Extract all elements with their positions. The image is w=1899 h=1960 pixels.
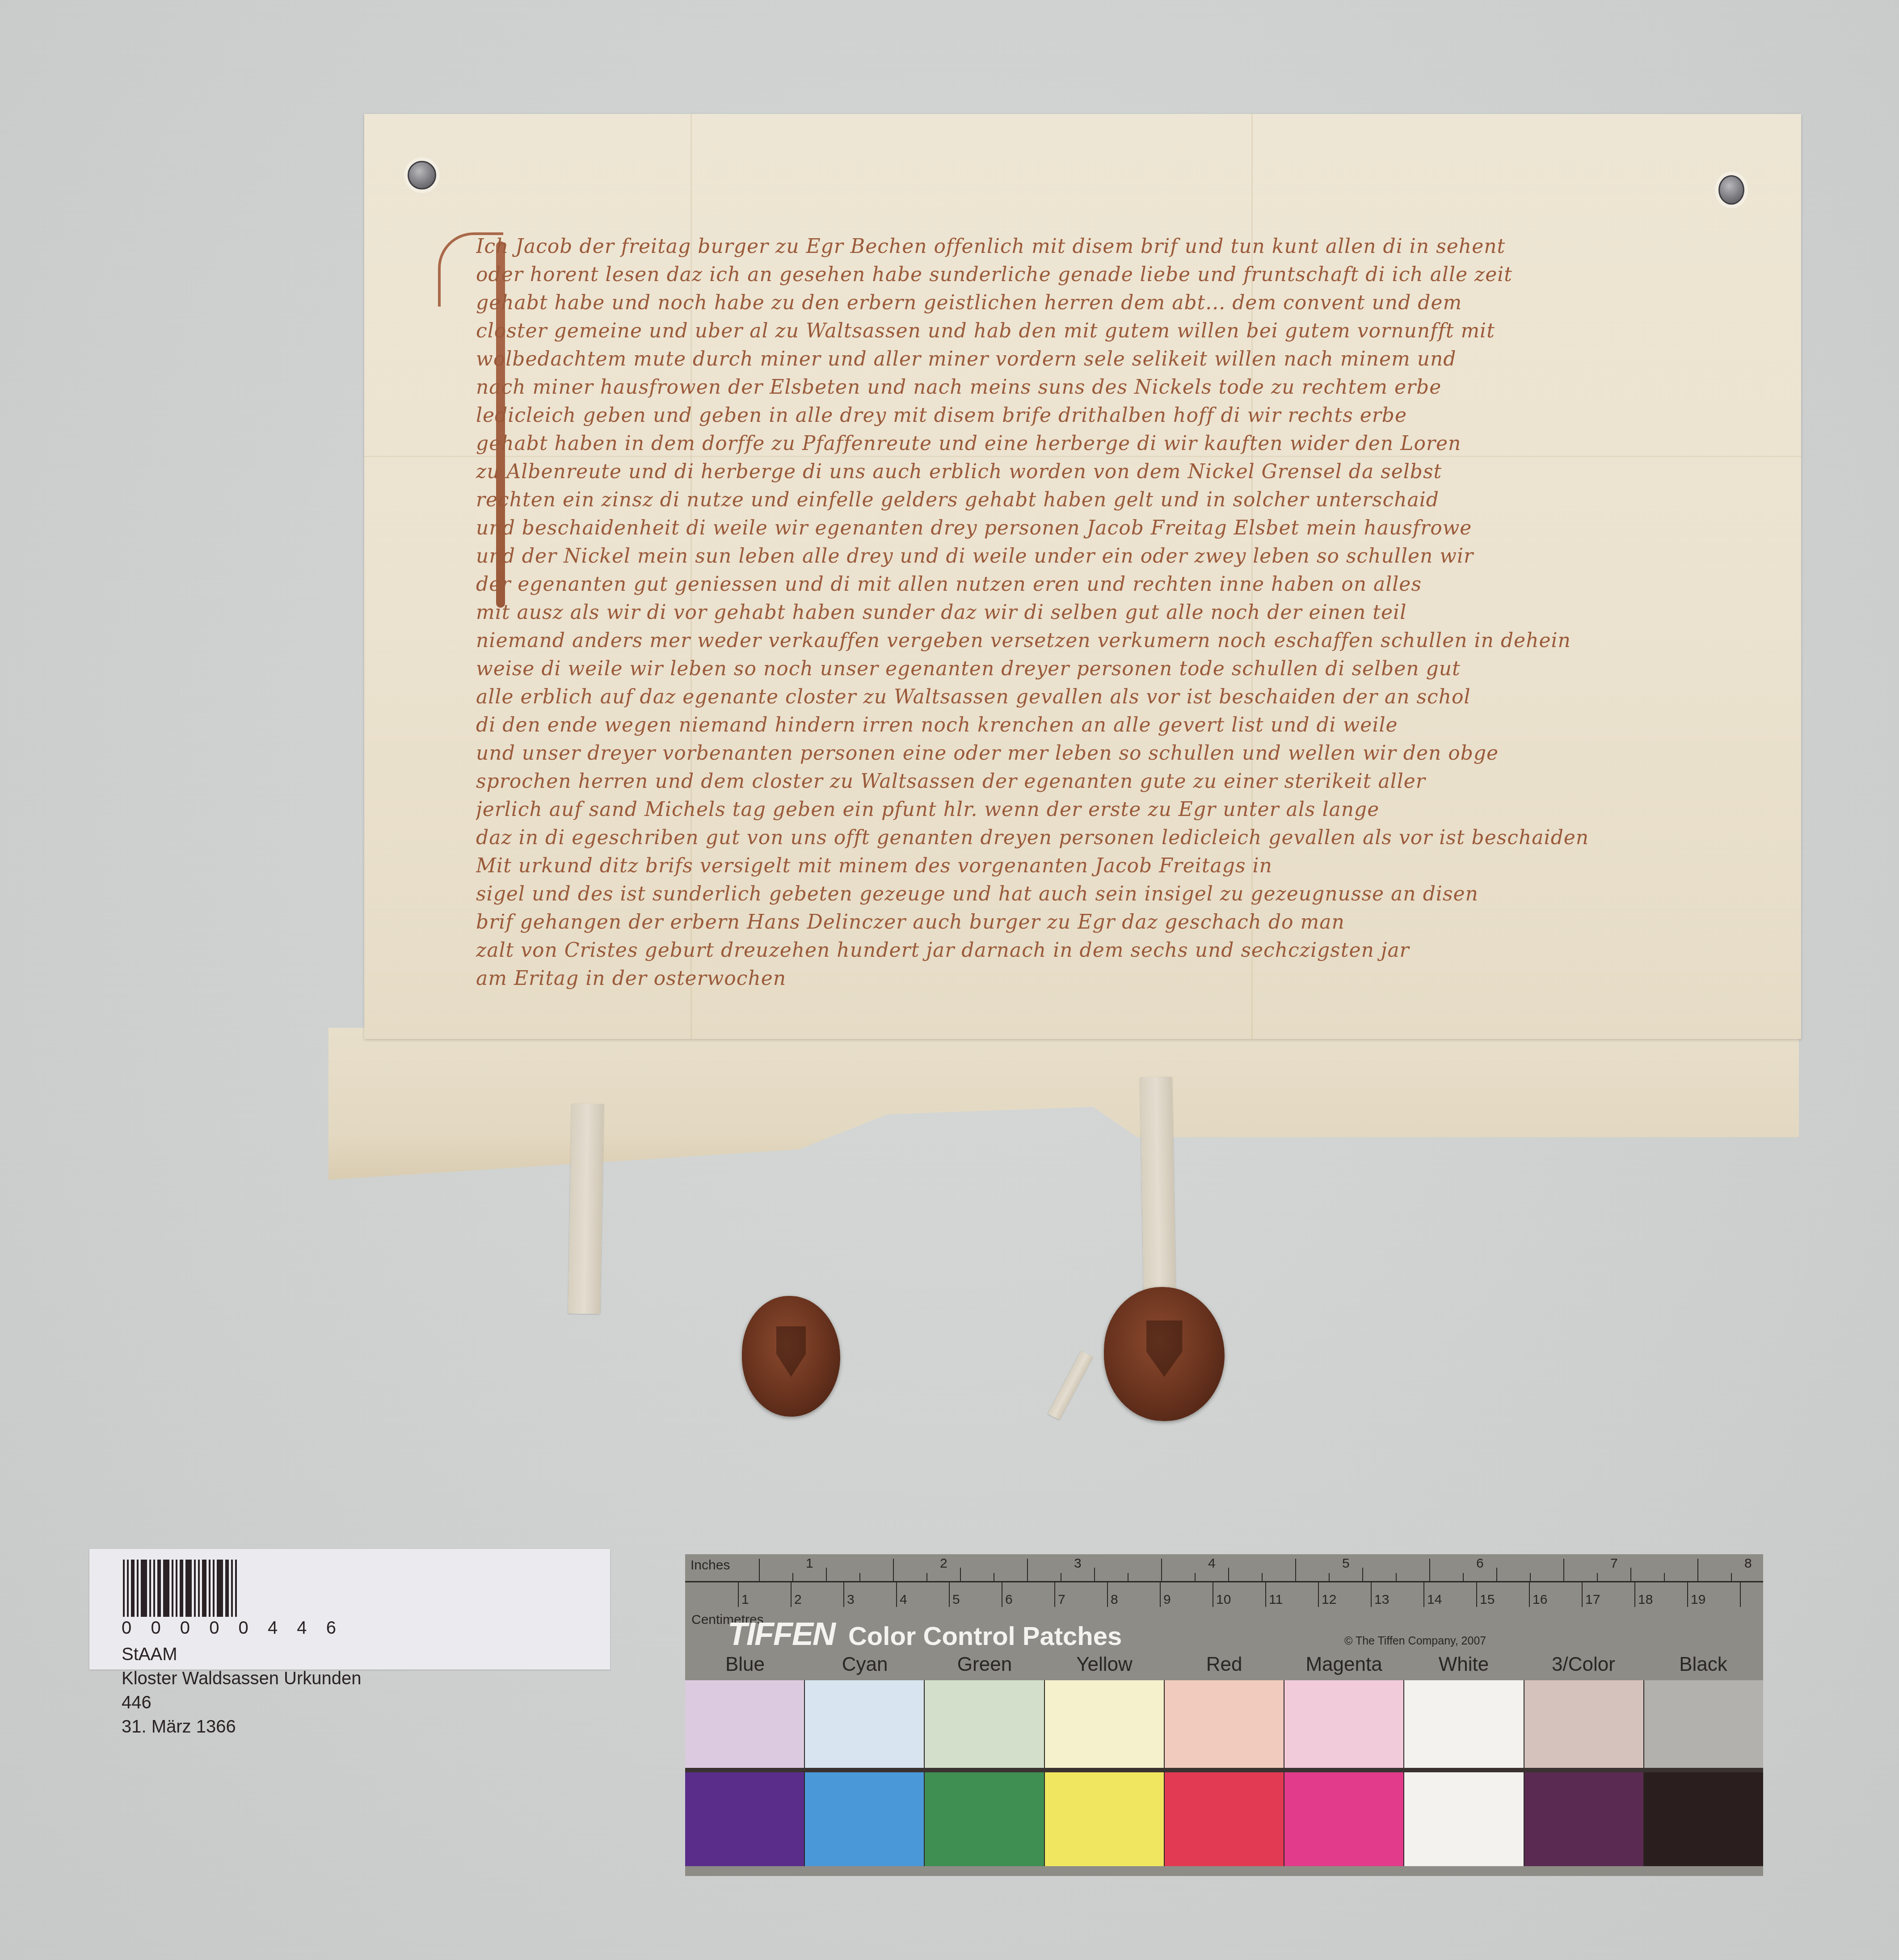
inch-tick-label: 5	[1342, 1556, 1350, 1571]
chart-subtitle: Color Control Patches	[848, 1621, 1122, 1651]
color-patch-dark	[1165, 1772, 1284, 1866]
script-line: nach miner hausfrowen der Elsbeten und n…	[476, 373, 1660, 401]
tiffen-logo: TIFFEN	[728, 1616, 835, 1653]
patch-divider	[685, 1768, 1763, 1772]
ruler-tick	[1295, 1559, 1296, 1581]
color-patch-light	[1284, 1680, 1404, 1769]
patch-name: White	[1404, 1653, 1524, 1676]
color-patch-dark	[925, 1772, 1044, 1866]
ruler-tick	[1195, 1573, 1196, 1581]
ruler-tick	[1582, 1582, 1583, 1607]
barcode-bar	[137, 1560, 139, 1617]
cm-tick-label: 7	[1058, 1592, 1065, 1607]
barcode-digit: 6	[326, 1618, 336, 1638]
patch-name: Black	[1643, 1653, 1763, 1676]
ruler-tick	[1496, 1568, 1497, 1581]
barcode-digit: 0	[151, 1618, 160, 1638]
ruler-tick	[1664, 1573, 1665, 1581]
barcode-digit: 0	[209, 1618, 219, 1638]
barcode-bar	[202, 1560, 206, 1617]
patch-name: Red	[1164, 1653, 1284, 1676]
inch-tick-label: 6	[1476, 1556, 1484, 1571]
color-patch-light	[685, 1680, 805, 1769]
barcode-bar	[217, 1560, 223, 1617]
ruler-tick	[1161, 1559, 1162, 1581]
ruler-tick	[1731, 1573, 1732, 1581]
script-line: und unser dreyer vorbenanten personen ei…	[476, 739, 1660, 767]
ruler-tick	[1529, 1582, 1530, 1607]
patch-name: Cyan	[805, 1653, 925, 1676]
ruler-tick	[1362, 1568, 1363, 1581]
ruler-tick	[1054, 1582, 1055, 1607]
barcode-digit: 0	[180, 1618, 190, 1638]
archive-name: StAAM	[122, 1642, 362, 1666]
cm-tick-label: 16	[1533, 1592, 1547, 1607]
patch-name: Blue	[685, 1653, 805, 1676]
script-line: am Eritag in der osterwochen	[476, 964, 1660, 993]
script-line: zalt von Cristes geburt dreuzehen hunder…	[476, 936, 1660, 964]
seal-right	[1104, 1287, 1225, 1421]
ruler-tick	[1463, 1573, 1464, 1581]
inch-tick-label: 8	[1744, 1556, 1752, 1571]
ruler-tick	[738, 1582, 739, 1607]
ruler-tick	[1262, 1573, 1263, 1581]
cm-tick-label: 6	[1005, 1592, 1013, 1607]
barcode-digit: 4	[268, 1618, 278, 1638]
barcode-bar	[141, 1560, 147, 1617]
tiffen-color-chart: Inches 12345678 123456789101112131415161…	[685, 1554, 1763, 1876]
script-line: sigel und des ist sunderlich gebeten gez…	[476, 880, 1660, 908]
color-patch-dark	[1404, 1772, 1524, 1866]
color-patch-light	[1404, 1680, 1524, 1769]
patch-names: Blue Cyan Green Yellow Red Magenta White…	[685, 1653, 1763, 1676]
ruler-tick	[1027, 1559, 1028, 1581]
patch-name: 3/Color	[1524, 1653, 1643, 1676]
script-line: Mit urkund ditz brifs versigelt mit mine…	[476, 852, 1660, 880]
script-line: Ich Jacob der freitag burger zu Egr Bech…	[476, 232, 1660, 261]
color-patch-dark	[1524, 1772, 1644, 1866]
script-line: niemand anders mer weder verkauffen verg…	[476, 627, 1660, 655]
ruler-tick	[1329, 1573, 1330, 1581]
ruler-tick	[1371, 1582, 1372, 1607]
inches-label: Inches	[691, 1558, 730, 1573]
color-patch-dark	[685, 1772, 805, 1866]
collection-name: Kloster Waldsassen Urkunden	[122, 1666, 362, 1691]
script-line: brif gehangen der erbern Hans Delinczer …	[476, 908, 1660, 936]
cm-tick-label: 17	[1585, 1592, 1600, 1607]
barcode-bar	[153, 1560, 155, 1617]
script-line: wolbedachtem mute durch miner und aller …	[476, 345, 1660, 373]
ruler-tick	[1160, 1582, 1161, 1607]
barcode-bar	[194, 1560, 196, 1617]
script-line: oder horent lesen daz ich an gesehen hab…	[476, 261, 1660, 289]
cm-tick-label: 8	[1111, 1592, 1118, 1607]
barcode	[123, 1560, 239, 1617]
cm-tick-label: 13	[1374, 1592, 1389, 1607]
barcode-bar	[123, 1560, 125, 1617]
color-patch-light	[1524, 1680, 1644, 1769]
ruler-tick	[843, 1582, 844, 1607]
color-patch-light	[1165, 1680, 1284, 1769]
magnet-right-icon	[1718, 175, 1744, 205]
ruler-tick	[1630, 1568, 1631, 1581]
inch-tick-label: 7	[1610, 1556, 1618, 1571]
cm-tick-label: 3	[847, 1592, 855, 1607]
color-patch-light	[1045, 1680, 1165, 1769]
script-line: di den ende wegen niemand hindern irren …	[476, 711, 1660, 739]
script-line: ledicleich geben und geben in alle drey …	[476, 401, 1660, 429]
color-patch-dark	[1644, 1772, 1763, 1866]
barcode-bar	[231, 1560, 233, 1617]
ruler-tick	[949, 1582, 950, 1607]
barcode-bar	[185, 1560, 192, 1617]
ruler-tick	[1429, 1559, 1430, 1581]
ruler-tick	[1530, 1573, 1531, 1581]
ruler-tick	[792, 1573, 793, 1581]
script-line: gehabt habe und noch habe zu den erbern …	[476, 289, 1660, 317]
script-line: zu Albenreute und di herberge di uns auc…	[476, 458, 1660, 486]
barcode-bar	[149, 1560, 151, 1617]
inch-ruler: Inches 12345678	[685, 1554, 1763, 1582]
ruler-tick	[859, 1573, 860, 1581]
magnet-left-icon	[408, 161, 436, 189]
ruler-tick	[896, 1582, 897, 1607]
barcode-bar	[176, 1560, 177, 1617]
script-line: gehabt haben in dem dorffe zu Pfaffenreu…	[476, 429, 1660, 458]
ruler-tick	[1107, 1582, 1108, 1607]
inch-tick-label: 3	[1074, 1556, 1082, 1571]
cm-tick-label: 19	[1691, 1592, 1705, 1607]
cm-tick-label: 14	[1427, 1592, 1442, 1607]
ruler-tick	[994, 1573, 994, 1581]
document-number: 446	[122, 1691, 362, 1715]
ruler-tick	[1423, 1582, 1424, 1607]
script-line: und beschaidenheit di weile wir egenante…	[476, 514, 1660, 542]
color-patch-dark	[805, 1772, 925, 1866]
color-patch-dark	[1045, 1772, 1165, 1866]
barcode-digit: 4	[297, 1618, 307, 1638]
ruler-tick	[1265, 1582, 1266, 1607]
script-line: weise di weile wir leben so noch unser e…	[476, 655, 1660, 683]
ruler-tick	[1697, 1559, 1698, 1581]
cm-tick-label: 15	[1480, 1592, 1495, 1607]
barcode-bar	[198, 1560, 200, 1617]
barcode-digit: 0	[122, 1618, 131, 1638]
cm-tick-label: 1	[741, 1592, 749, 1607]
ruler-tick	[926, 1573, 927, 1581]
script-line: sprochen herren und dem closter zu Walts…	[476, 767, 1660, 795]
script-line: daz in di egeschriben gut von uns offt g…	[476, 824, 1660, 852]
barcode-bar	[235, 1560, 237, 1617]
barcode-bar	[127, 1560, 129, 1617]
barcode-bar	[225, 1560, 229, 1617]
inch-tick-label: 4	[1208, 1556, 1216, 1571]
script-line: alle erblich auf daz egenante closter zu…	[476, 683, 1660, 711]
ruler-tick	[1061, 1573, 1061, 1581]
cm-tick-label: 12	[1322, 1592, 1336, 1607]
seal-strap-left	[568, 1103, 604, 1314]
ruler-tick	[1476, 1582, 1477, 1607]
barcode-digits: 0 0 0 0 0 4 4 6	[122, 1618, 336, 1638]
barcode-bar	[180, 1560, 183, 1617]
barcode-bar	[163, 1560, 169, 1617]
shield-icon	[776, 1326, 806, 1377]
color-patch-light	[1644, 1680, 1763, 1769]
seal-strap-right	[1140, 1077, 1176, 1309]
cm-tick-label: 2	[794, 1592, 802, 1607]
ruler-tick	[893, 1559, 894, 1581]
color-patch-light	[925, 1680, 1044, 1769]
charter-text: Ich Jacob der freitag burger zu Egr Bech…	[476, 232, 1660, 993]
barcode-bar	[209, 1560, 211, 1617]
ruler-tick	[1396, 1573, 1397, 1581]
script-line: closter gemeine und uber al zu Waltsasse…	[476, 317, 1660, 345]
inch-tick-label: 1	[806, 1556, 813, 1571]
script-line: rechten ein zinsz di nutze und einfelle …	[476, 486, 1660, 514]
script-line: mit ausz als wir di vor gehabt haben sun…	[476, 598, 1660, 627]
ruler-tick	[1563, 1559, 1564, 1581]
ruler-tick	[1318, 1582, 1319, 1607]
ruler-tick	[826, 1568, 827, 1581]
ruler-tick	[1002, 1582, 1002, 1607]
barcode-bar	[131, 1560, 135, 1617]
cm-tick-label: 18	[1638, 1592, 1653, 1607]
shield-icon	[1146, 1321, 1183, 1377]
ruler-tick	[1687, 1582, 1688, 1607]
patch-name: Magenta	[1284, 1653, 1404, 1676]
patch-name: Green	[925, 1653, 1044, 1676]
ruler-tick	[791, 1582, 792, 1607]
chart-title: TIFFEN Color Control Patches	[728, 1616, 1122, 1653]
ruler-tick	[1740, 1582, 1741, 1607]
patch-name: Yellow	[1044, 1653, 1164, 1676]
inch-tick-label: 2	[940, 1556, 947, 1571]
barcode-bar	[157, 1560, 161, 1617]
cm-tick-label: 10	[1216, 1592, 1231, 1607]
document-date: 31. März 1366	[122, 1715, 362, 1739]
copyright-text: © The Tiffen Company, 2007	[1344, 1635, 1486, 1648]
color-patch-dark	[1284, 1772, 1404, 1866]
cm-tick-label: 11	[1269, 1592, 1283, 1607]
ruler-tick	[759, 1559, 760, 1581]
barcode-bar	[213, 1560, 215, 1617]
cm-tick-label: 4	[900, 1592, 907, 1607]
seal-left	[742, 1296, 840, 1417]
cm-tick-label: 9	[1163, 1592, 1171, 1607]
ruler-tick	[1228, 1568, 1229, 1581]
cm-ruler: 12345678910111213141516171819	[685, 1582, 1763, 1614]
ruler-tick	[1597, 1573, 1598, 1581]
ruler-tick	[1128, 1573, 1128, 1581]
label-text-block: StAAM Kloster Waldsassen Urkunden 446 31…	[122, 1642, 362, 1739]
color-patch-light	[805, 1680, 925, 1769]
cm-tick-label: 5	[952, 1592, 960, 1607]
barcode-bar	[172, 1560, 173, 1617]
ruler-tick	[960, 1568, 961, 1581]
script-line: jerlich auf sand Michels tag geben ein p…	[476, 795, 1660, 824]
ruler-tick	[1094, 1568, 1095, 1581]
script-line: der egenanten gut geniessen und di mit a…	[476, 570, 1660, 598]
script-line: und der Nickel mein sun leben alle drey …	[476, 542, 1660, 570]
ruler-tick	[1213, 1582, 1213, 1607]
patch-row-dark	[685, 1772, 1763, 1866]
barcode-digit: 0	[239, 1618, 248, 1638]
patch-row-light	[685, 1680, 1763, 1769]
ruler-tick	[1634, 1582, 1635, 1607]
